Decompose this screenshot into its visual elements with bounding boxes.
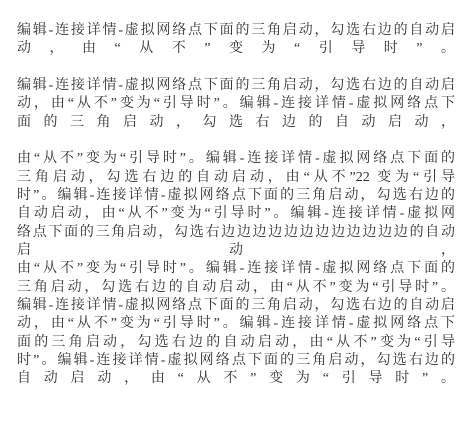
text-line: 编辑-连接详情-虚拟网络点下面的三角启动，勾选右边的自动启 (17, 297, 455, 315)
text-line: 编辑-连接详情-虚拟网络点下面的三角启动，勾选右边的自动启 (17, 22, 455, 40)
text-line: 由“从不”变为“引导时”。编辑-连接详情-虚拟网络点下面的 (17, 150, 455, 168)
paragraph-3: 由“从不”变为“引导时”。编辑-连接详情-虚拟网络点下面的 三角启动，勾选右边的… (17, 150, 455, 388)
text-line: 面的三角启动，勾选右边的自动启动，由“从不”变为“引导 (17, 334, 455, 352)
text-line: 三角启动，勾选右边的自动启动，由“从不”变为“引导时”。 (17, 279, 455, 297)
text-line: 动，由“从不”变为“引导时”。 (17, 40, 455, 58)
text-line: 动，由“从不”变为“引导时”。编辑-连接详情-虚拟网络点下 (17, 95, 455, 113)
text-line: 由“从不”变为“引导时”。编辑-连接详情-虚拟网络点下面的 (17, 260, 455, 278)
text-line: 络点下面的三角启动，勾选右边边边边边边边边边边边边的自动 (17, 224, 455, 242)
text-line: 编辑-连接详情-虚拟网络点下面的三角启动，勾选右边的自动启 (17, 77, 455, 95)
paragraph-1: 编辑-连接详情-虚拟网络点下面的三角启动，勾选右边的自动启 动，由“从不”变为“… (17, 22, 455, 59)
text-line: 自动启动，由“从不”变为“引导时”。编辑-连接详情-虚拟网 (17, 205, 455, 223)
text-line: 三角启动，勾选右边的自动启动，由“从不”22 变为“引导 (17, 169, 455, 187)
text-line: 自动启动，由“从不”变为“引导时”。 (17, 370, 455, 388)
paragraph-2: 编辑-连接详情-虚拟网络点下面的三角启动，勾选右边的自动启 动，由“从不”变为“… (17, 77, 455, 132)
text-document-page: 编辑-连接详情-虚拟网络点下面的三角启动，勾选右边的自动启 动，由“从不”变为“… (0, 0, 471, 434)
text-line: 面的三角启动，勾选右边的自动启动， (17, 114, 455, 132)
text-line: 启动， (17, 242, 455, 260)
text-line: 时”。编辑-连接详情-虚拟网络点下面的三角启动，勾选右边的 (17, 187, 455, 205)
text-line: 动，由“从不”变为“引导时”。编辑-连接详情-虚拟网络点下 (17, 315, 455, 333)
text-line: 时”。编辑-连接详情-虚拟网络点下面的三角启动，勾选右边的 (17, 352, 455, 370)
